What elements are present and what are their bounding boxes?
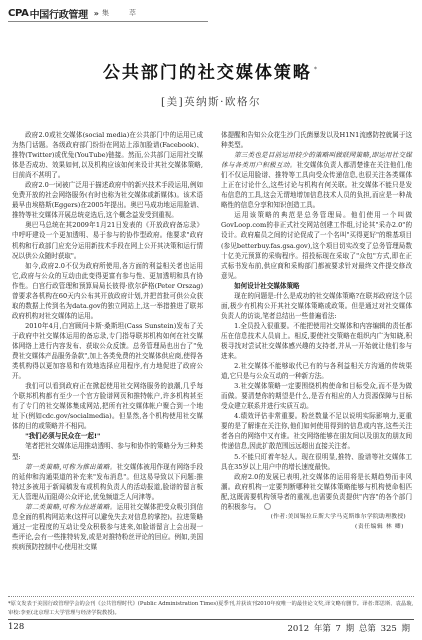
paragraph: 运用该策略的典范是总务管理局。他们使用一个叫做GovLoop.com的非正式社交… <box>221 210 412 280</box>
paragraph: 现在的问题是:什么是成功的社交媒体策略?在联邦政府这个层面,极少有机构公开其社交… <box>221 291 412 321</box>
strategy-label: 第一类策略,可称为推出策略。 <box>25 463 117 471</box>
strategy-paragraph: 第三类也是目前运用较少的策略叫做联网策略,即运用社交媒体与各类用户积极互动。社交… <box>221 150 412 210</box>
paragraph: 体提醒和告知公众花生沙门氏菌暴发以及H1N1流感防控就属于这种类型。 <box>221 130 412 150</box>
author-byline: (作者:美国锡拉丘斯大学马克斯维尔学院助理教授) <box>221 512 412 522</box>
paragraph: 如今,政府2.0不仅为政府所使用,各方面的利益相关者也运用它,政府与公众的互动由… <box>12 261 203 321</box>
end-of-article-icon <box>264 503 271 510</box>
closing-paragraph: 政府2.0的发展已表明,社交媒体的运用将是长期趋势而非风潮。政府机构一定要判断哪… <box>221 472 412 512</box>
section-subheading: 如何设计社交媒体策略 <box>221 281 412 291</box>
issue-info: 2012 年第 7 期 总第 325 期 <box>288 622 410 634</box>
section-label: 集萃 <box>102 8 156 18</box>
closing-text: 政府2.0的发展已表明,社交媒体的运用将是长期趋势而非风潮。政府机构一定要判断哪… <box>221 473 412 511</box>
list-point: 3.社交媒体策略一定要围绕机构使命和目标受众,而不是为做而做。要清楚你的期望是什… <box>221 381 412 411</box>
paragraph: 笔者把社交媒体运用推动透明、参与和协作的策略分为三种类型: <box>12 441 203 461</box>
right-column: 体提醒和告知公众花生沙门氏菌暴发以及H1N1流感防控就属于这种类型。 第三类也是… <box>221 130 412 532</box>
article-author: [美]英纳斯·欧格尔 <box>0 94 422 109</box>
strategy-label: 第二类策略,可称为拉进策略。 <box>25 503 117 511</box>
footnote-divider <box>8 596 414 597</box>
article-title: 公共部门的社交媒体策略* <box>0 58 422 83</box>
list-point: 5.不能只盯着年轻人。现在很明显,推特、脸谱等社交媒体工具在35岁以上用户中的增… <box>221 452 412 472</box>
journal-name: 中国行政管理 <box>30 6 88 21</box>
double-chevron-icon: » <box>94 9 99 18</box>
footer-divider <box>8 619 414 620</box>
paragraph: 我们可以看到政府正在掀起使用社交网络服务的浪潮,几乎每个联邦机构都有至少一个官方… <box>12 381 203 431</box>
list-point: 2.社交媒体不能够取代已有的与各利益相关方沟通的传统渠道,它只是与公众互动的一种… <box>221 361 412 381</box>
left-column: 政府2.0或社交媒体(social media)在公共部门中的运用已成为热门话题… <box>12 130 203 552</box>
strategy-paragraph: 第二类策略,可称为拉进策略。运用社交媒体把受众吸引到信息全面的机构网站来(这样可… <box>12 502 203 552</box>
page-number: 128 <box>8 622 24 632</box>
section-subheading: "我们必须与民众在一起!" <box>12 431 203 441</box>
footnote: *原文发表于美国行政管理学会的会刊《公共管理时代》(Public Adminis… <box>8 600 414 617</box>
journal-logo: CPA 中国行政管理 <box>8 6 88 21</box>
paragraph: 2010年4月,白宫顾问卡斯·桑斯坦(Cass Sunstein)发布了关于政府… <box>12 321 203 381</box>
article-title-text: 公共部门的社交媒体策略 <box>103 63 312 83</box>
list-point: 4.绩效评估非常重要。粉丝数量不足以说明实际影响力,更重要的是了解谁在关注你,他… <box>221 411 412 451</box>
paragraph: 政府2.0或社交媒体(social media)在公共部门中的运用已成为热门话题… <box>12 130 203 180</box>
paragraph: 奥巴马总统在其2009年1月21日发表的《开放政府备忘录》中呼吁建设一个更加透明… <box>12 220 203 260</box>
cpa-logo-icon: CPA <box>8 8 29 19</box>
list-point: 1.全员投入很重要。不能把使用社交媒体和内容编辑的责任都压在信息技术人员肩上。相… <box>221 321 412 361</box>
journal-header: CPA 中国行政管理 » 集萃 <box>8 4 208 22</box>
header-divider <box>8 21 208 22</box>
editor-credit: (责任编辑 林 卿) <box>221 522 412 532</box>
strategy-paragraph: 第一类策略,可称为推出策略。社交媒体被用作现有网络手段的延伸和沟通渠道的补充来"… <box>12 462 203 502</box>
paragraph: 政府2.0一词被广泛用于描述政府中的新兴技术手段运用,例如免费开放的社会网络服务… <box>12 180 203 220</box>
footnote-marker: * <box>314 66 319 73</box>
